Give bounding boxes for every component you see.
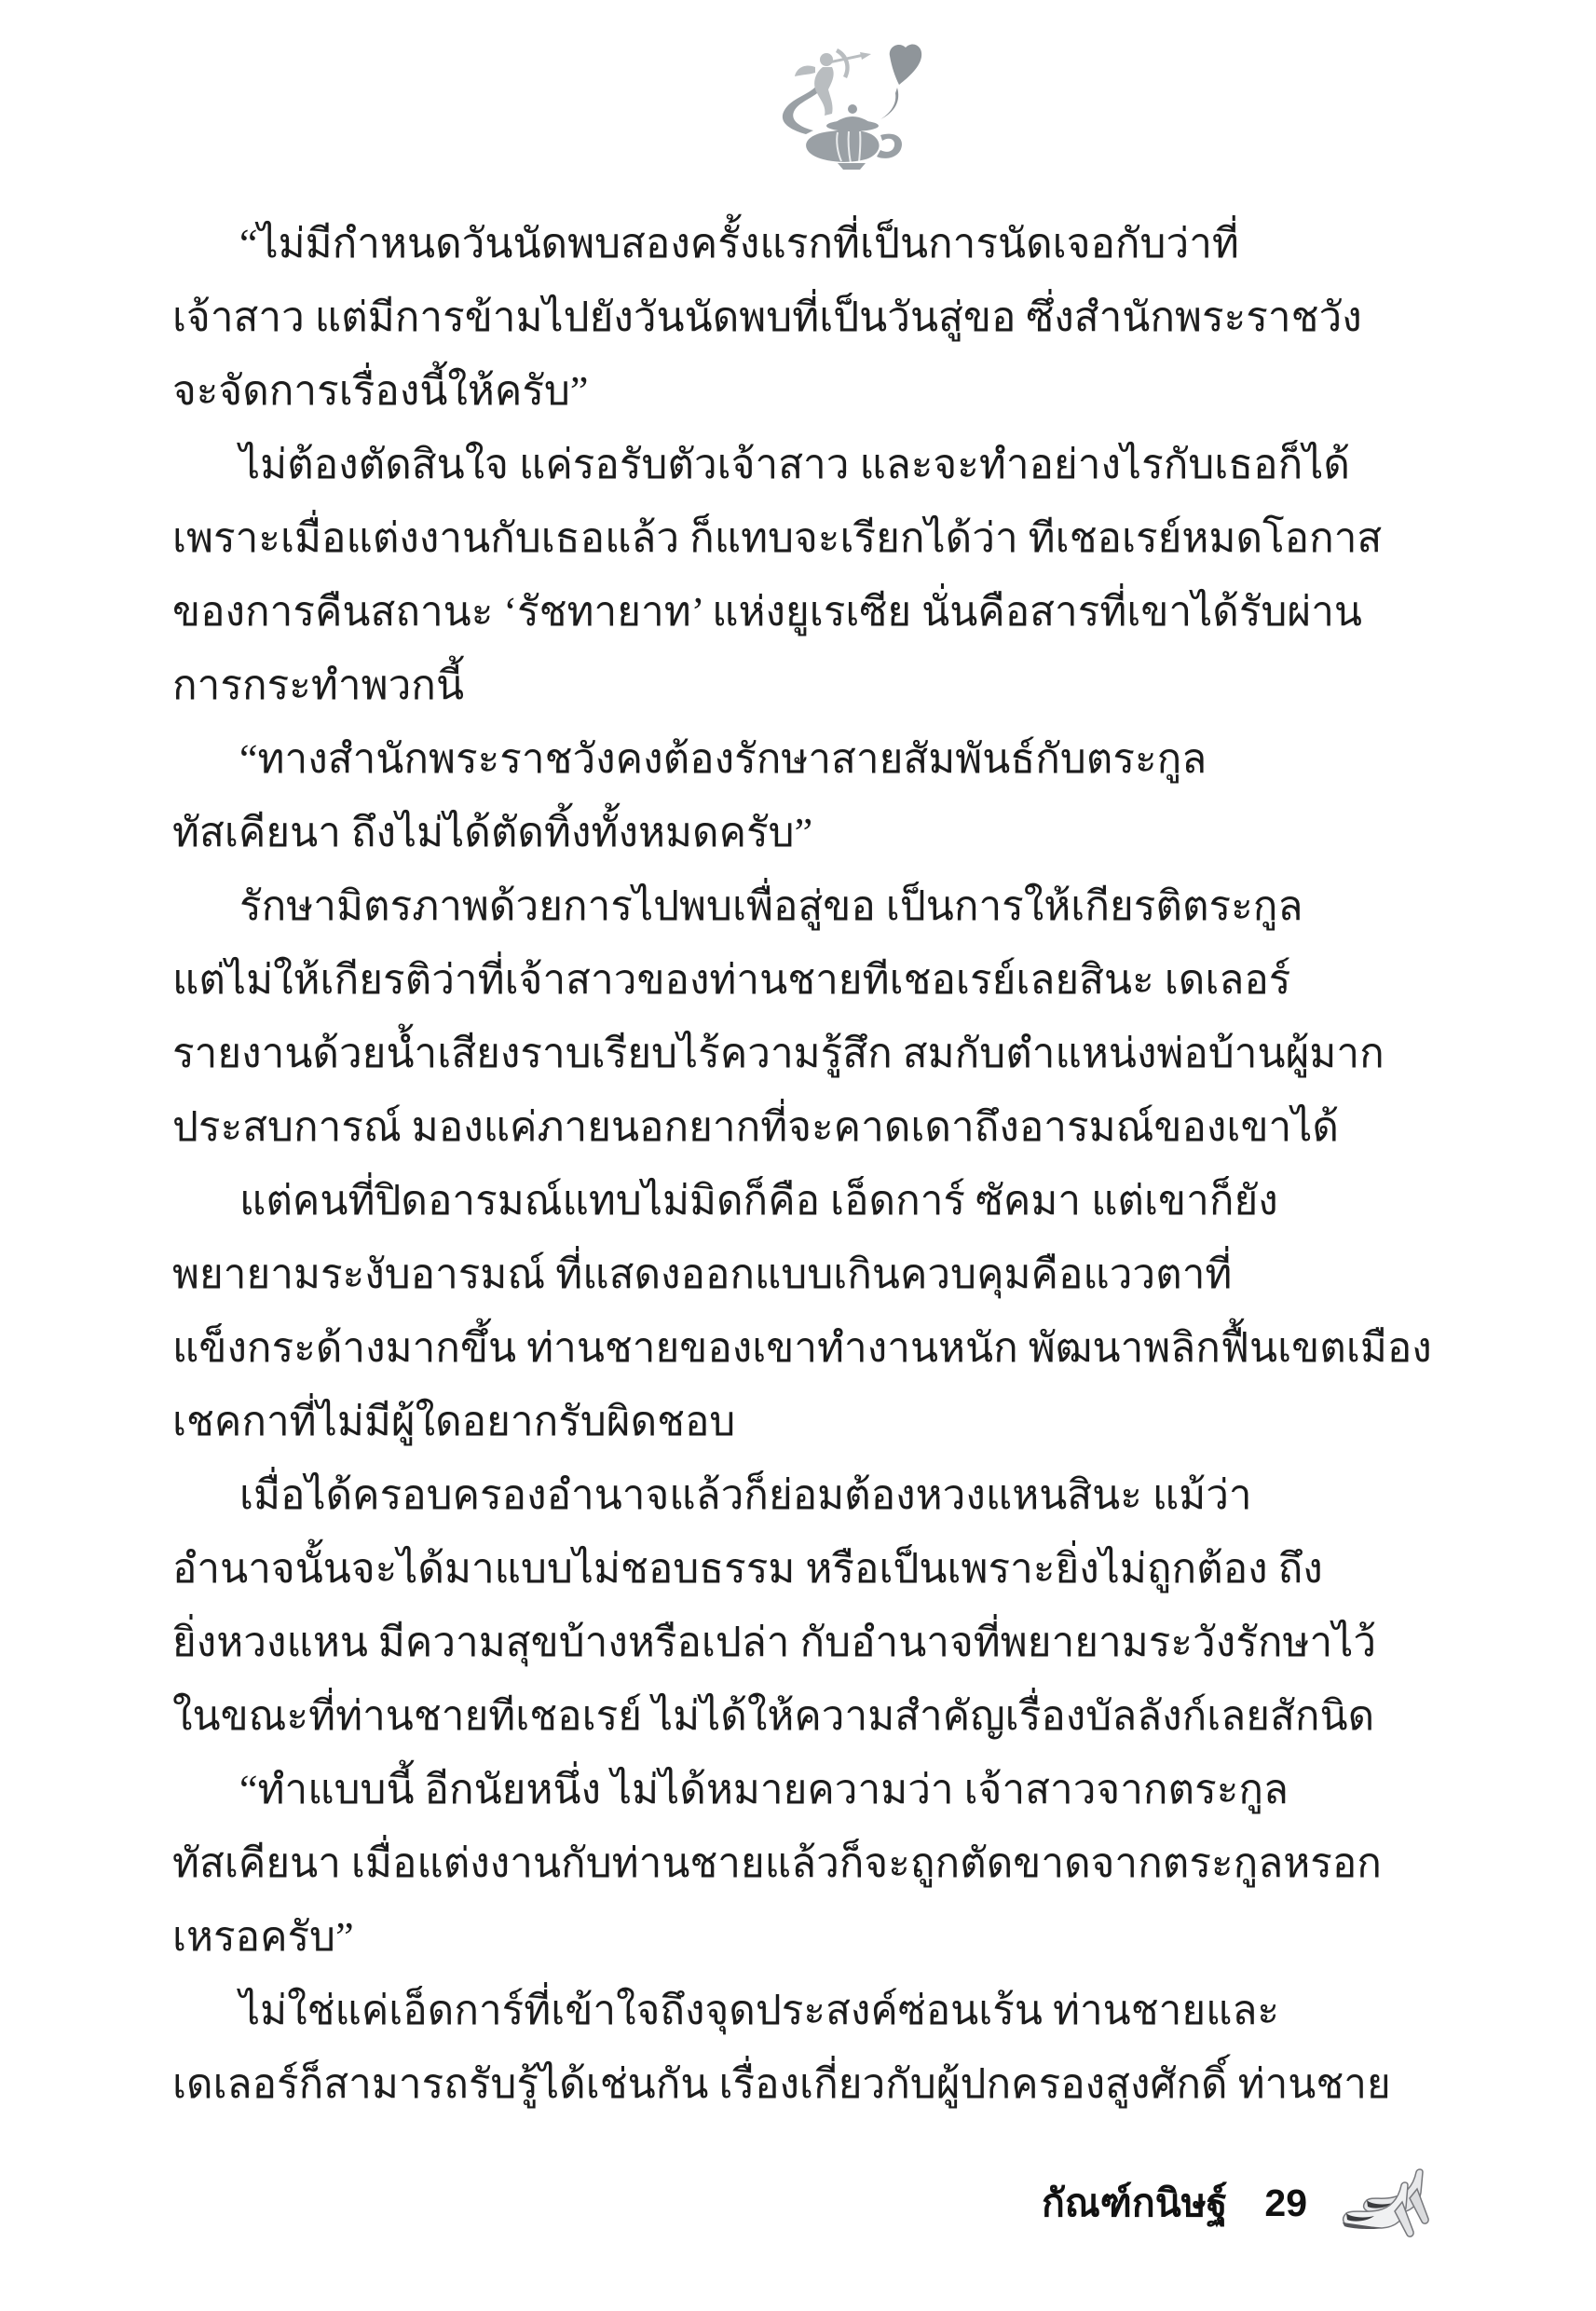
text-line: เจ้าสาว แต่มีการข้ามไปยังวันนัดพบที่เป็น… [172, 280, 1438, 354]
text-line: รักษามิตรภาพด้วยการไปพบเพื่อสู่ขอ เป็นกา… [172, 869, 1438, 943]
text-line: เดเลอร์ก็สามารถรับรู้ได้เช่นกัน เรื่องเก… [172, 2047, 1438, 2121]
page-footer: กัณฑ์กนิษฐ์ 29 [172, 2164, 1438, 2242]
text-line: แข็งกระด้างมากขึ้น ท่านชายของเขาทำงานหนั… [172, 1311, 1438, 1385]
body-text: “ไม่มีกำหนดวันนัดพบสองครั้งแรกที่เป็นการ… [172, 207, 1438, 2121]
text-line: ไม่ต้องตัดสินใจ แค่รอรับตัวเจ้าสาว และจะ… [172, 428, 1438, 501]
text-line: ประสบการณ์ มองแค่ภายนอกยากที่จะคาดเดาถึง… [172, 1090, 1438, 1164]
text-line: ทัสเคียนา ถึงไม่ได้ตัดทิ้งทั้งหมดครับ” [172, 796, 1438, 869]
text-line: “ทำแบบนี้ อีกนัยหนึ่ง ไม่ได้หมายความว่า … [172, 1753, 1438, 1826]
footer-page-number: 29 [1264, 2181, 1307, 2225]
text-line: “ทางสำนักพระราชวังคงต้องรักษาสายสัมพันธ์… [172, 722, 1438, 796]
text-line: ทัสเคียนา เมื่อแต่งงานกับท่านชายแล้วก็จะ… [172, 1826, 1438, 1900]
text-line: จะจัดการเรื่องนี้ให้ครับ” [172, 354, 1438, 428]
text-line: ไม่ใช่แค่เอ็ดการ์ที่เข้าใจถึงจุดประสงค์ซ… [172, 1974, 1438, 2047]
text-line: เชคกาที่ไม่มีผู้ใดอยากรับผิดชอบ [172, 1385, 1438, 1458]
footer-book-title: กัณฑ์กนิษฐ์ [1042, 2173, 1227, 2234]
book-page: “ไม่มีกำหนดวันนัดพบสองครั้งแรกที่เป็นการ… [0, 0, 1596, 2311]
text-line: ยิ่งหวงแหน มีความสุขบ้างหรือเปล่า กับอำน… [172, 1606, 1438, 1679]
text-line: รายงานด้วยน้ำเสียงราบเรียบไร้ความรู้สึก … [172, 1017, 1438, 1090]
text-line: แต่คนที่ปิดอารมณ์แทบไม่มิดก็คือ เอ็ดการ์… [172, 1164, 1438, 1238]
cupid-genie-lamp-ornament [741, 39, 941, 170]
text-line: “ไม่มีกำหนดวันนัดพบสองครั้งแรกที่เป็นการ… [172, 207, 1438, 280]
text-line: อำนาจนั้นจะได้มาแบบไม่ชอบธรรม หรือเป็นเพ… [172, 1532, 1438, 1606]
high-heels-icon [1339, 2165, 1438, 2241]
text-line: เพราะเมื่อแต่งงานกับเธอแล้ว ก็แทบจะเรียก… [172, 501, 1438, 575]
text-line: พยายามระงับอารมณ์ ที่แสดงออกแบบเกินควบคุ… [172, 1238, 1438, 1311]
text-line: ในขณะที่ท่านชายทีเชอเรย์ ไม่ได้ให้ความสำ… [172, 1679, 1438, 1753]
text-line: การกระทำพวกนี้ [172, 649, 1438, 722]
text-line: แต่ไม่ให้เกียรติว่าที่เจ้าสาวของท่านชายท… [172, 943, 1438, 1017]
text-line: เมื่อได้ครอบครองอำนาจแล้วก็ย่อมต้องหวงแห… [172, 1458, 1438, 1532]
text-line: ของการคืนสถานะ ‘รัชทายาท’ แห่งยูเรเซีย น… [172, 575, 1438, 649]
text-line: เหรอครับ” [172, 1900, 1438, 1974]
